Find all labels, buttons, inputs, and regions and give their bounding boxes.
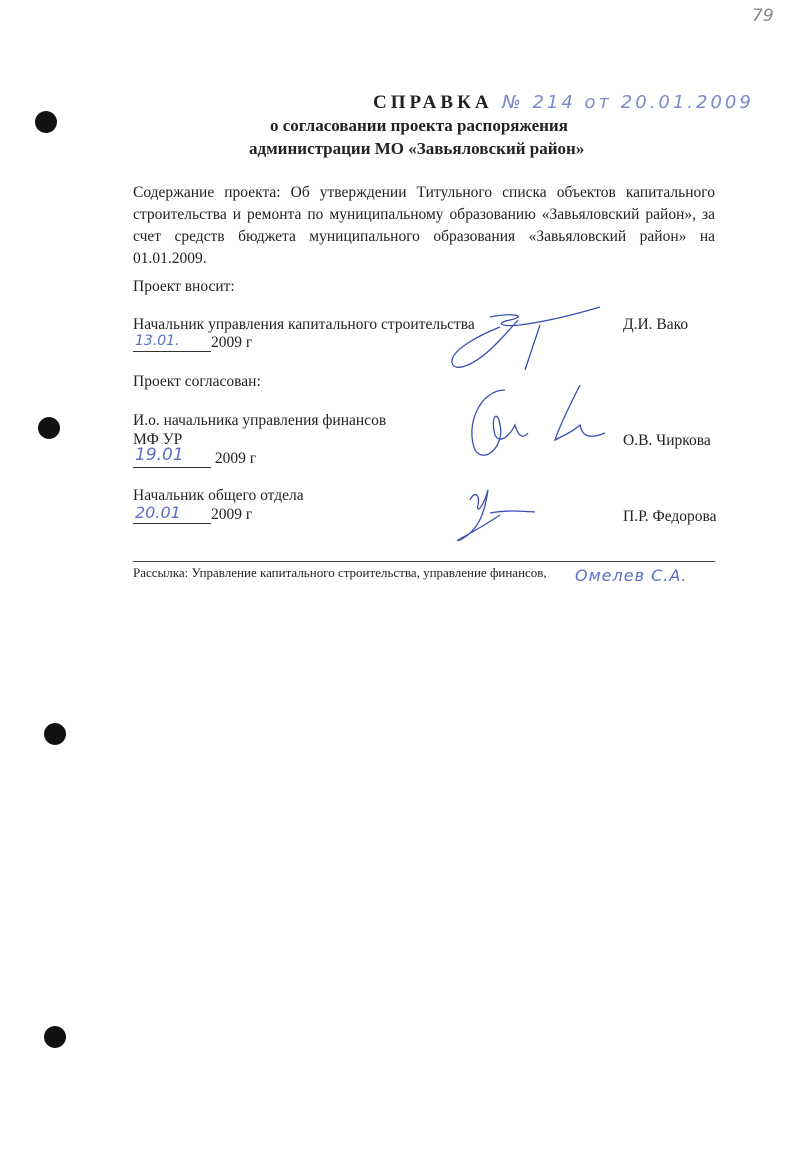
signatory-name: Д.И. Вако xyxy=(623,316,688,334)
subtitle-line-2: администрации МО «Завьяловский район» xyxy=(249,139,584,159)
submitted-by-label: Проект вносит: xyxy=(133,278,235,296)
handwritten-date: 13.01. xyxy=(135,333,180,349)
document-title: СПРАВКА xyxy=(373,92,493,114)
signatory-position: И.о. начальника управления финансов xyxy=(133,412,386,430)
signature-fedorova xyxy=(440,485,550,545)
approved-label: Проект согласован: xyxy=(133,373,261,391)
punch-hole xyxy=(38,417,60,439)
distribution-handwritten: Омелев С.А. xyxy=(575,566,687,585)
signatory-name: О.В. Чиркова xyxy=(623,432,711,450)
divider xyxy=(133,561,715,562)
signature-chirkova xyxy=(460,385,610,465)
date-field: 13.01. xyxy=(133,335,211,352)
signatory-name: П.Р. Федорова xyxy=(623,508,717,526)
punch-hole xyxy=(35,111,57,133)
signatory-year: 2009 г xyxy=(215,450,256,467)
signatory-position: Начальник управления капитального строит… xyxy=(133,316,475,334)
signatory-year: 2009 г xyxy=(211,506,252,523)
handwritten-reference: № 214 от 20.01.2009 xyxy=(502,92,754,113)
distribution-label: Рассылка: xyxy=(133,565,188,580)
distribution-line: Рассылка: Управление капитального строит… xyxy=(133,565,547,581)
handwritten-date: 19.01 xyxy=(135,445,184,465)
punch-hole xyxy=(44,723,66,745)
page-number: 79 xyxy=(752,6,774,26)
signatory-date-line: 19.01 2009 г xyxy=(133,450,256,468)
signatory-date-line: 20.012009 г xyxy=(133,506,252,524)
project-content: Содержание проекта: Об утверждении Титул… xyxy=(133,182,715,270)
subtitle-line-1: о согласовании проекта распоряжения xyxy=(270,116,568,136)
signature-vako xyxy=(440,305,600,375)
signatory-date-line: 13.01.2009 г xyxy=(133,334,252,352)
date-field: 20.01 xyxy=(133,507,211,524)
date-field: 19.01 xyxy=(133,451,211,468)
handwritten-date: 20.01 xyxy=(135,503,181,522)
signatory-year: 2009 г xyxy=(211,334,252,351)
punch-hole xyxy=(44,1026,66,1048)
distribution-text: Управление капитального строительства, у… xyxy=(192,565,547,580)
